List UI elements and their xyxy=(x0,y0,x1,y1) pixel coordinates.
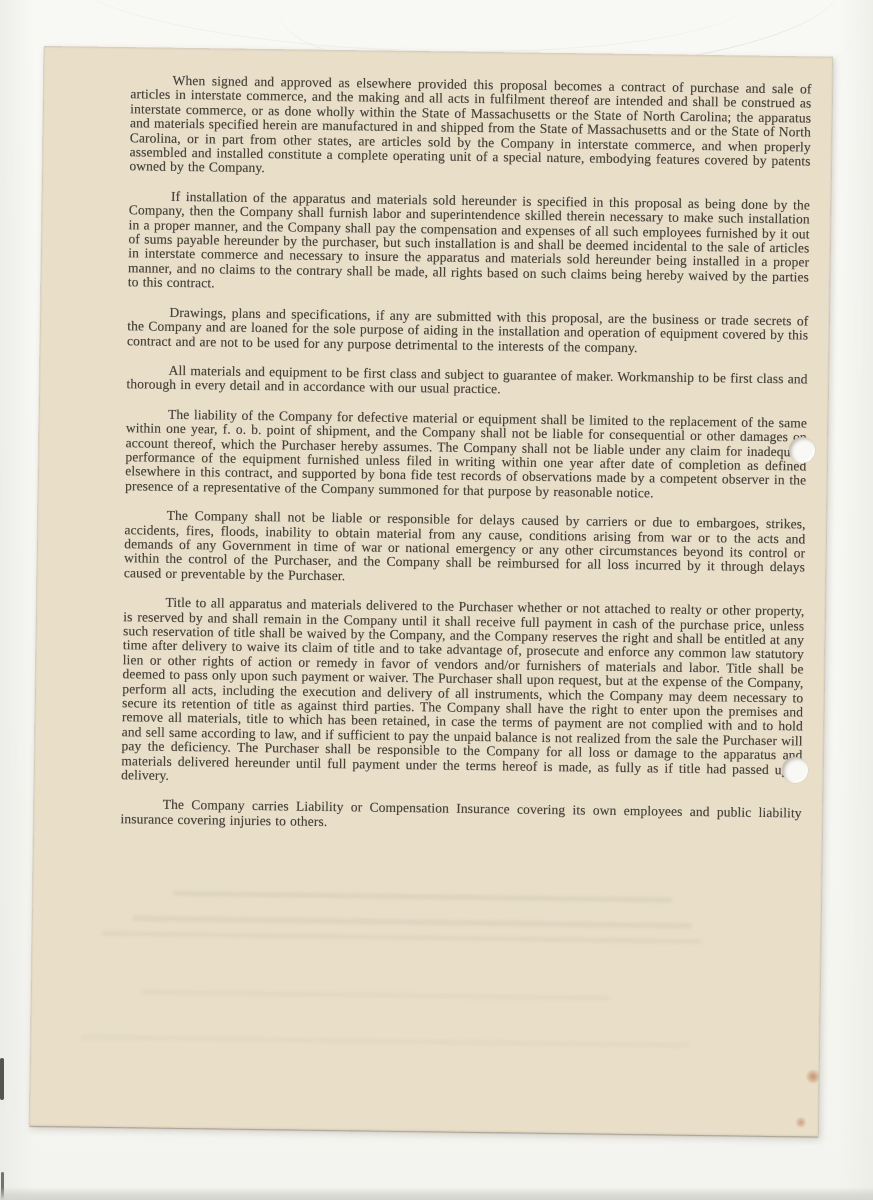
scan-edge-artifact xyxy=(0,1058,4,1100)
contract-terms-text: When signed and approved as elsewhere pr… xyxy=(120,73,811,835)
paragraph-materials-guarantee: All materials and equipment to be first … xyxy=(126,363,807,401)
paragraph-delays: The Company shall not be liable or respo… xyxy=(124,508,806,589)
paragraph-installation: If installation of the apparatus and mat… xyxy=(128,189,810,299)
bleed-through-smudge xyxy=(141,989,611,1000)
rust-stain xyxy=(795,1116,806,1128)
paragraph-title-reservation: Title to all apparatus and materials del… xyxy=(121,595,804,792)
bleed-through-smudge xyxy=(80,1035,690,1048)
punch-hole-upper xyxy=(789,437,815,463)
punch-hole-lower xyxy=(782,757,808,783)
paragraph-interstate-commerce: When signed and approved as elsewhere pr… xyxy=(129,73,811,183)
contract-document-page: When signed and approved as elsewhere pr… xyxy=(29,46,833,1137)
rust-stain xyxy=(806,1068,820,1084)
bleed-through-smudge xyxy=(172,891,672,903)
scanner-background: When signed and approved as elsewhere pr… xyxy=(0,0,873,1200)
bleed-through-smudge xyxy=(102,931,702,944)
bleed-through-smudge xyxy=(132,915,692,929)
scan-bottom-edge xyxy=(0,1187,873,1200)
paragraph-liability-defects: The liability of the Company for defecti… xyxy=(125,407,807,503)
paragraph-drawings-plans: Drawings, plans and specifications, if a… xyxy=(127,305,809,357)
scan-edge-artifact xyxy=(1,1172,4,1200)
paragraph-insurance: The Company carries Liability or Compens… xyxy=(120,798,801,836)
